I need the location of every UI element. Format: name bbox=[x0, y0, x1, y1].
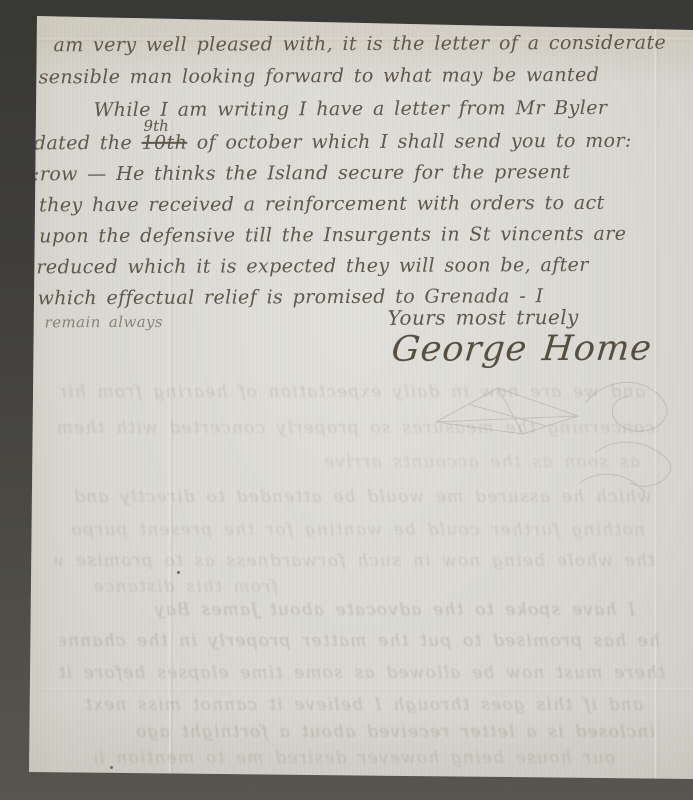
letter-line: :row — He thinks the Island secure for t… bbox=[33, 161, 570, 185]
letter-line-dated: dated the 10th9th of october which I sha… bbox=[34, 130, 632, 155]
closing-yours-truly: Yours most truely bbox=[388, 305, 579, 330]
letter-line: upon the defensive till the Insurgents i… bbox=[39, 223, 626, 248]
letter-text: am very well pleased with, it is the let… bbox=[0, 0, 693, 800]
closing-remain-always: remain always bbox=[45, 313, 163, 332]
date-correction: 10th9th bbox=[142, 132, 188, 154]
dated-prefix: dated the bbox=[34, 132, 142, 154]
letter-line: sensible man looking forward to what may… bbox=[39, 64, 600, 88]
letter-line: While I am writing I have a letter from … bbox=[94, 97, 608, 121]
letter-line: reduced which it is expected they will s… bbox=[36, 254, 588, 278]
signature-george-home: George Home bbox=[390, 329, 654, 370]
dated-suffix: of october which I shall send you to mor… bbox=[187, 130, 632, 154]
photo-background: and we are now in daily expectation of h… bbox=[0, 0, 693, 800]
superscript-date: 9th bbox=[143, 117, 168, 135]
struck-date: 10th bbox=[142, 132, 188, 154]
letter-line: am very well pleased with, it is the let… bbox=[53, 32, 666, 57]
letter-page: and we are now in daily expectation of h… bbox=[0, 0, 693, 800]
letter-line: they have received a reinforcement with … bbox=[39, 192, 605, 216]
